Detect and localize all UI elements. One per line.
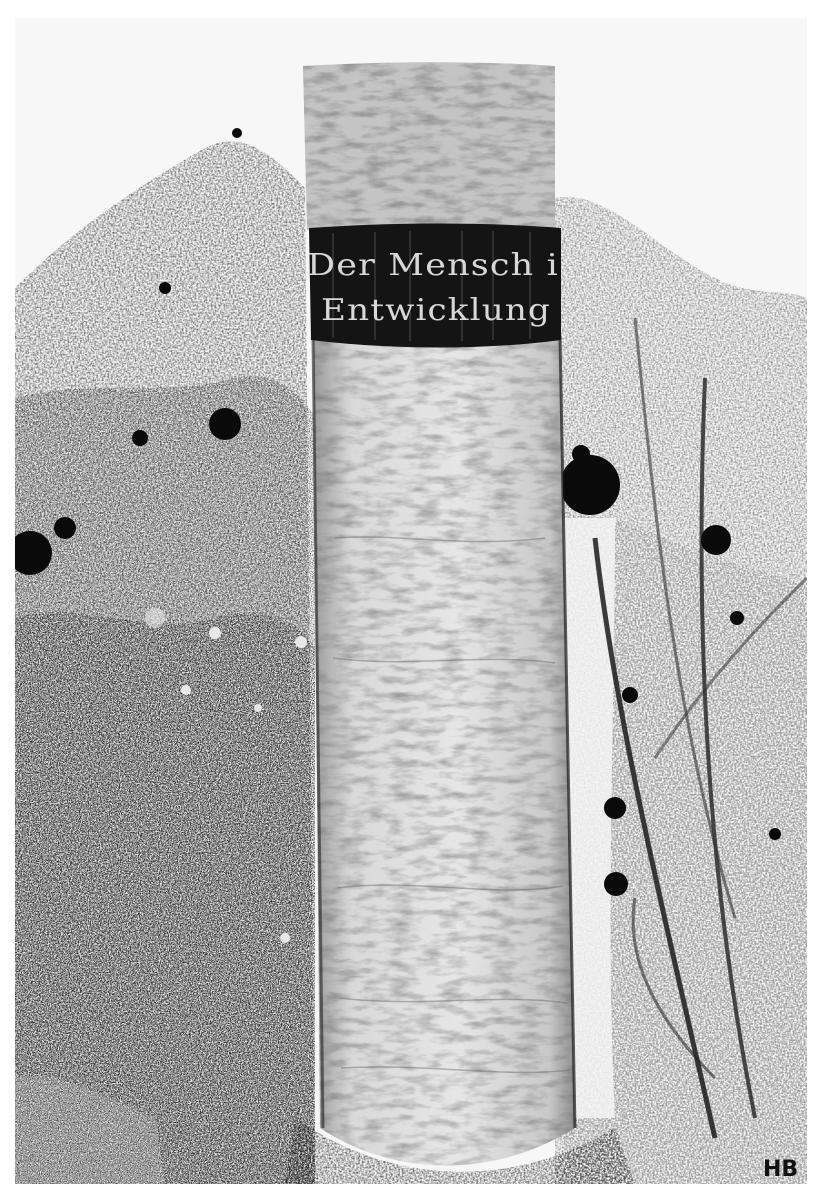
- spine-title-line2: Entwicklung: [321, 293, 551, 328]
- left-ink-mass: [15, 142, 315, 1184]
- spine-title-line1: Der Mensch i: [307, 248, 559, 283]
- artwork-frame: Der Mensch i Entwicklung HB: [15, 18, 807, 1184]
- artwork-canvas: Der Mensch i Entwicklung HB: [15, 18, 807, 1184]
- right-ink-mass: [555, 197, 807, 1184]
- spine-label: [309, 224, 561, 348]
- book-spine: Der Mensch i Entwicklung: [303, 62, 575, 1165]
- artist-signature: HB: [763, 1157, 798, 1182]
